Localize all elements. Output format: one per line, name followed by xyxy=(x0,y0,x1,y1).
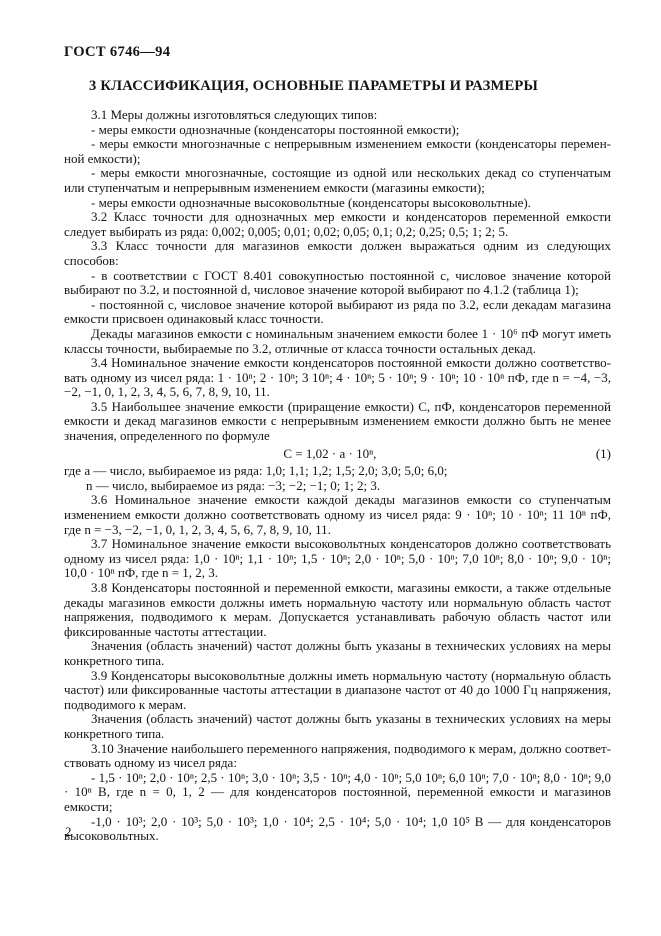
doc-code: ГОСТ 6746—94 xyxy=(64,44,611,61)
clause-3-8: 3.8 Конденсаторы постоянной и переменной… xyxy=(64,581,611,639)
document-page: ГОСТ 6746—94 3 КЛАССИФИКАЦИЯ, ОСНОВНЫЕ П… xyxy=(0,0,661,936)
formula-legend-n: n — число, выбираемое из ряда: −3; −2; −… xyxy=(64,479,611,494)
clause-3-9-note: Значения (область значений) частот должн… xyxy=(64,712,611,741)
clause-3-3-note: Декады магазинов емкости с номинальным з… xyxy=(64,327,611,356)
formula-expression: C = 1,02 · a · 10ⁿ, xyxy=(64,447,596,462)
clause-3-1: 3.1 Меры должны изготовляться следующих … xyxy=(64,108,611,123)
clause-3-7: 3.7 Номинальное значение емкости высоков… xyxy=(64,537,611,581)
clause-3-2: 3.2 Класс точности для однозначных мер е… xyxy=(64,210,611,239)
clause-3-10: 3.10 Значение наибольшего переменного на… xyxy=(64,742,611,771)
clause-3-4: 3.4 Номинальное значение емкости конденс… xyxy=(64,356,611,400)
formula-row: C = 1,02 · a · 10ⁿ, (1) xyxy=(64,447,611,462)
formula-number: (1) xyxy=(596,447,611,462)
clause-3-5: 3.5 Наибольшее значение емкости (прираще… xyxy=(64,400,611,444)
clause-3-10-item-1: - 1,5 · 10ⁿ; 2,0 · 10ⁿ; 2,5 · 10ⁿ; 3,0 ·… xyxy=(64,771,611,815)
clause-3-6: 3.6 Номинальное значение емкости каждой … xyxy=(64,493,611,537)
document-body: 3.1 Меры должны изготовляться следующих … xyxy=(64,108,611,844)
clause-3-9: 3.9 Конденсаторы высоковольтные должны и… xyxy=(64,669,611,713)
clause-3-3: 3.3 Класс точности для магазинов емкости… xyxy=(64,239,611,268)
clause-3-1-item-1: - меры емкости однозначные (конденсаторы… xyxy=(64,123,611,138)
clause-3-3-item-2: - постоянной c, числовое значение которо… xyxy=(64,298,611,327)
clause-3-3-item-1: - в соответствии с ГОСТ 8.401 совокупнос… xyxy=(64,269,611,298)
clause-3-8-note: Значения (область значений) частот должн… xyxy=(64,639,611,668)
section-heading: 3 КЛАССИФИКАЦИЯ, ОСНОВНЫЕ ПАРАМЕТРЫ И РА… xyxy=(89,78,611,95)
page-number: 2 xyxy=(65,824,72,840)
clause-3-1-item-4: - меры емкости однозначные высоковольтны… xyxy=(64,196,611,211)
clause-3-1-item-2: - меры емкости многозначные с непрерывны… xyxy=(64,137,611,166)
clause-3-10-item-2: -1,0 · 10³; 2,0 · 10³; 5,0 · 10³; 1,0 · … xyxy=(64,815,611,844)
formula-legend-a: где a — число, выбираемое из ряда: 1,0; … xyxy=(64,464,611,479)
clause-3-1-item-3: - меры емкости многозначные, состоящие и… xyxy=(64,166,611,195)
